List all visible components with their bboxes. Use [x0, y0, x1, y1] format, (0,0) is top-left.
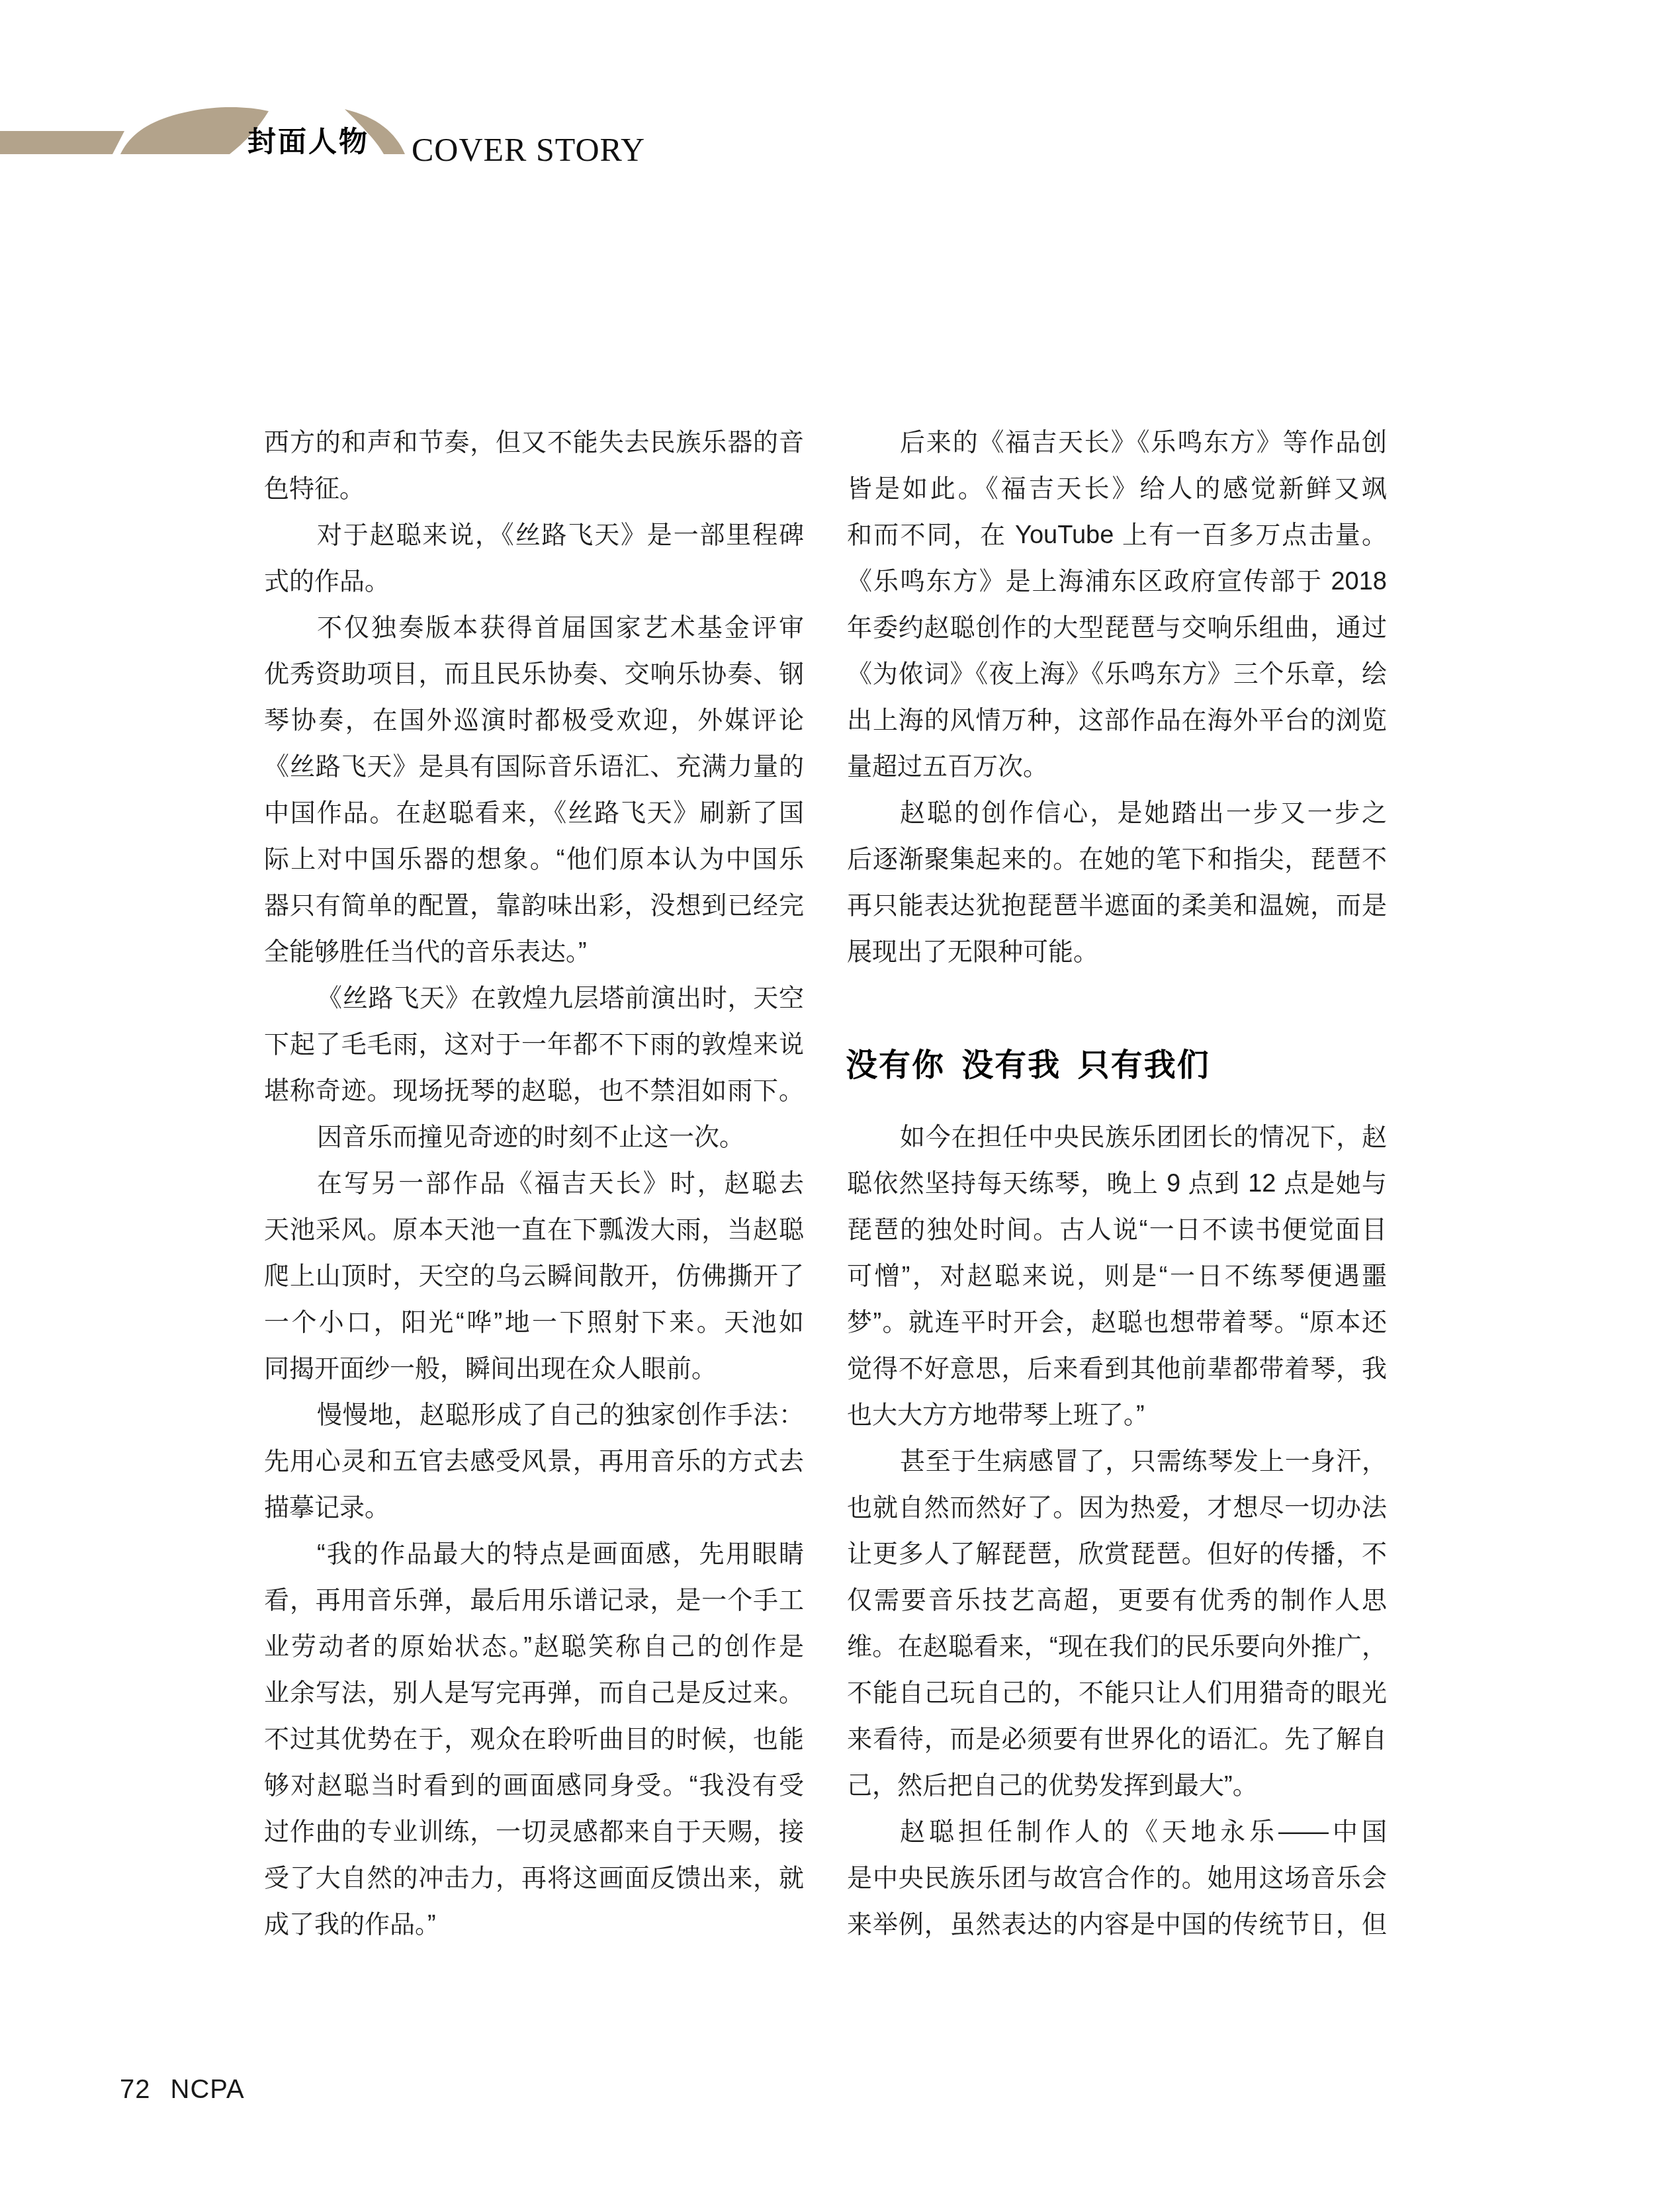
text-line: 后逐渐聚集起来的。在她的笔下和指尖，琵琶不	[847, 836, 1387, 883]
text-line: 梦”。就连平时开会，赵聪也想带着琴。“原本还	[847, 1299, 1387, 1346]
text-line: 够对赵聪当时看到的画面感同身受。“我没有受	[264, 1763, 804, 1809]
text-line: 赵聪的创作信心，是她踏出一步又一步之	[847, 790, 1387, 836]
section-title-en: COVER STORY	[412, 133, 645, 166]
text-line: 展现出了无限种可能。	[847, 929, 1387, 975]
text-line: 《为侬词》《夜上海》《乐鸣东方》三个乐章，绘	[847, 651, 1387, 697]
text-line: 慢慢地，赵聪形成了自己的独家创作手法：	[264, 1392, 804, 1438]
page-number: 72	[120, 2075, 151, 2105]
text-line: “我的作品最大的特点是画面感，先用眼睛	[264, 1531, 804, 1577]
text-line: 可憎”，对赵聪来说，则是“一日不练琴便遇噩	[847, 1253, 1387, 1299]
article-column-left: 西方的和声和节奏，但又不能失去民族乐器的音色特征。对于赵聪来说，《丝路飞天》是一…	[264, 419, 804, 1948]
text-line: 《丝路飞天》是具有国际音乐语汇、充满力量的	[264, 744, 804, 790]
text-line: 不能自己玩自己的，不能只让人们用猎奇的眼光	[847, 1670, 1387, 1716]
text-line: 来举例，虽然表达的内容是中国的传统节日，但	[847, 1902, 1387, 1948]
text-line: 甚至于生病感冒了，只需练琴发上一身汗，	[847, 1438, 1387, 1485]
text-line: 成了我的作品。”	[264, 1902, 804, 1948]
text-line: 年委约赵聪创作的大型琵琶与交响乐组曲，通过	[847, 605, 1387, 651]
text-line: 己，然后把自己的优势发挥到最大”。	[847, 1763, 1387, 1809]
text-line: 同揭开面纱一般，瞬间出现在众人眼前。	[264, 1346, 804, 1392]
section-title-zh: 封面人物	[247, 128, 369, 157]
page-footer: 72 NCPA	[120, 2075, 245, 2105]
text-line: 爬上山顶时，天空的乌云瞬间散开，仿佛撕开了	[264, 1253, 804, 1299]
text-line: 全能够胜任当代的音乐表达。”	[264, 929, 804, 975]
header-bar-shape	[0, 131, 124, 154]
text-line: 描摹记录。	[264, 1485, 804, 1531]
magazine-name: NCPA	[171, 2075, 245, 2105]
text-line: 仅需要音乐技艺高超，更要有优秀的制作人思	[847, 1577, 1387, 1624]
text-line: 维。在赵聪看来，“现在我们的民乐要向外推广，	[847, 1624, 1387, 1670]
text-line: 优秀资助项目，而且民乐协奏、交响乐协奏、钢	[264, 651, 804, 697]
magazine-page: 封面人物 COVER STORY 西方的和声和节奏，但又不能失去民族乐器的音色特…	[0, 0, 1680, 2188]
text-line: 色特征。	[264, 466, 804, 512]
text-line: 《丝路飞天》在敦煌九层塔前演出时，天空	[264, 975, 804, 1022]
text-line: 看，再用音乐弹，最后用乐谱记录，是一个手工	[264, 1577, 804, 1624]
text-line: 际上对中国乐器的想象。“他们原本认为中国乐	[264, 836, 804, 883]
text-line: 业劳动者的原始状态。”赵聪笑称自己的创作是	[264, 1624, 804, 1670]
text-line: 是中央民族乐团与故宫合作的。她用这场音乐会	[847, 1855, 1387, 1902]
text-line: 赵聪担任制作人的《天地永乐——中国节》，	[847, 1809, 1387, 1855]
text-line: 也就自然而然好了。因为热爱，才想尽一切办法	[847, 1485, 1387, 1531]
text-line: 下起了毛毛雨，这对于一年都不下雨的敦煌来说	[264, 1022, 804, 1068]
text-line: 器只有简单的配置，靠韵味出彩，没想到已经完	[264, 883, 804, 929]
text-line: 式的作品。	[264, 558, 804, 605]
text-line: 天池采风。原本天池一直在下瓢泼大雨，当赵聪	[264, 1207, 804, 1253]
text-line: 量超过五百万次。	[847, 744, 1387, 790]
text-line: 也大大方方地带琴上班了。”	[847, 1392, 1387, 1438]
text-line: 后来的《福吉天长》《乐鸣东方》等作品创作，	[847, 419, 1387, 466]
text-line: 业余写法，别人是写完再弹，而自己是反过来。	[264, 1670, 804, 1716]
text-line: 过作曲的专业训练，一切灵感都来自于天赐，接	[264, 1809, 804, 1855]
article-column-right-bottom: 如今在担任中央民族乐团团长的情况下，赵聪依然坚持每天练琴，晚上 9 点到 12 …	[847, 1114, 1387, 1948]
text-line: 来看待，而是必须要有世界化的语汇。先了解自	[847, 1716, 1387, 1763]
text-line: 让更多人了解琵琶，欣赏琵琶。但好的传播，不	[847, 1531, 1387, 1577]
text-line: 不过其优势在于，观众在聆听曲目的时候，也能	[264, 1716, 804, 1763]
article-column-right-top: 后来的《福吉天长》《乐鸣东方》等作品创作，皆是如此。《福吉天长》给人的感觉新鲜又…	[847, 419, 1387, 975]
text-line: 皆是如此。《福吉天长》给人的感觉新鲜又飒利，	[847, 466, 1387, 512]
text-line: 受了大自然的冲击力，再将这画面反馈出来，就	[264, 1855, 804, 1902]
text-line: 中国作品。在赵聪看来，《丝路飞天》刷新了国	[264, 790, 804, 836]
text-line: 觉得不好意思，后来看到其他前辈都带着琴，我	[847, 1346, 1387, 1392]
text-line: 因音乐而撞见奇迹的时刻不止这一次。	[264, 1114, 804, 1160]
article-subheading: 没有你 没有我 只有我们	[846, 1047, 1210, 1085]
text-line: 和而不同，在 YouTube 上有一百多万点击量。	[847, 512, 1387, 558]
text-line: 再只能表达犹抱琵琶半遮面的柔美和温婉，而是	[847, 883, 1387, 929]
text-line: 对于赵聪来说，《丝路飞天》是一部里程碑	[264, 512, 804, 558]
text-line: 如今在担任中央民族乐团团长的情况下，赵	[847, 1114, 1387, 1160]
text-line: 先用心灵和五官去感受风景，再用音乐的方式去	[264, 1438, 804, 1485]
text-line: 西方的和声和节奏，但又不能失去民族乐器的音	[264, 419, 804, 466]
text-line: 出上海的风情万种，这部作品在海外平台的浏览	[847, 697, 1387, 744]
text-line: 一个小口，阳光“哗”地一下照射下来。天池如	[264, 1299, 804, 1346]
text-line: 琴协奏，在国外巡演时都极受欢迎，外媒评论道：	[264, 697, 804, 744]
text-line: 不仅独奏版本获得首届国家艺术基金评审	[264, 605, 804, 651]
header-fin-shape	[120, 107, 269, 154]
text-line: 在写另一部作品《福吉天长》时，赵聪去	[264, 1160, 804, 1207]
text-line: 《乐鸣东方》是上海浦东区政府宣传部于 2018	[847, 558, 1387, 605]
text-line: 堪称奇迹。现场抚琴的赵聪，也不禁泪如雨下。	[264, 1068, 804, 1114]
text-line: 聪依然坚持每天练琴，晚上 9 点到 12 点是她与	[847, 1160, 1387, 1207]
header-artwork	[0, 0, 463, 172]
text-line: 琵琶的独处时间。古人说“一日不读书便觉面目	[847, 1207, 1387, 1253]
